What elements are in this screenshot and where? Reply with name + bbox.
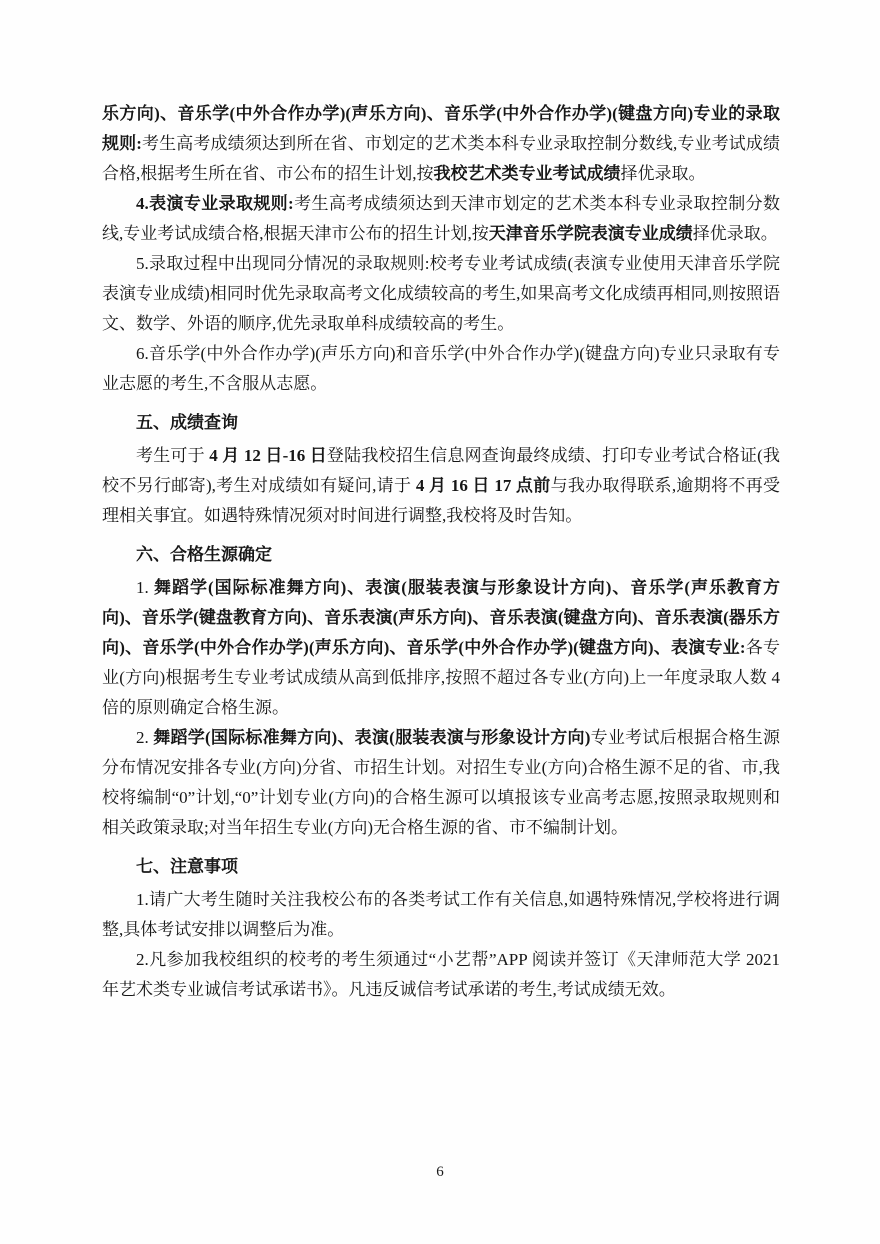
section-heading-notes: 七、注意事项 — [102, 852, 780, 882]
text-run-bold: 4 月 12 日-16 日 — [209, 446, 327, 465]
document-body: 乐方向)、音乐学(中外合作办学)(声乐方向)、音乐学(中外合作办学)(键盘方向)… — [102, 99, 780, 1005]
text-run-bold: 4 月 16 日 17 点前 — [416, 476, 551, 495]
text-run: 6.音乐学(中外合作办学)(声乐方向)和音乐学(中外合作办学)(键盘方向)专业只… — [102, 344, 780, 393]
paragraph-score-inquiry: 考生可于 4 月 12 日-16 日登陆我校招生信息网查询最终成绩、打印专业考试… — [102, 441, 780, 531]
paragraph-admission-rule-5: 5.录取过程中出现同分情况的录取规则:校考专业考试成绩(表演专业使用天津音乐学院… — [102, 249, 780, 339]
text-run-bold: 舞蹈学(国际标准舞方向)、表演(服装表演与形象设计方向) — [153, 728, 590, 747]
text-run-bold: 我校艺术类专业考试成绩 — [434, 164, 621, 183]
paragraph-note-1: 1.请广大考生随时关注我校公布的各类考试工作有关信息,如遇特殊情况,学校将进行调… — [102, 885, 780, 945]
text-run-bold: 4.表演专业录取规则: — [136, 194, 294, 213]
text-run-bold: 舞蹈学(国际标准舞方向)、表演(服装表演与形象设计方向)、音乐学(声乐教育方向)… — [102, 578, 780, 657]
paragraph-qualified-source-2: 2. 舞蹈学(国际标准舞方向)、表演(服装表演与形象设计方向)专业考试后根据合格… — [102, 723, 780, 843]
text-run: 2. — [136, 728, 153, 747]
text-run: 1.请广大考生随时关注我校公布的各类考试工作有关信息,如遇特殊情况,学校将进行调… — [102, 890, 780, 939]
section-heading-qualified-source: 六、合格生源确定 — [102, 540, 780, 570]
paragraph-admission-rule-4: 4.表演专业录取规则:考生高考成绩须达到天津市划定的艺术类本科专业录取控制分数线… — [102, 189, 780, 249]
paragraph-qualified-source-1: 1. 舞蹈学(国际标准舞方向)、表演(服装表演与形象设计方向)、音乐学(声乐教育… — [102, 573, 780, 723]
text-run: 1. — [136, 578, 154, 597]
text-run: 考生可于 — [136, 446, 209, 465]
paragraph-admission-rule-6: 6.音乐学(中外合作办学)(声乐方向)和音乐学(中外合作办学)(键盘方向)专业只… — [102, 339, 780, 399]
section-heading-score-inquiry: 五、成绩查询 — [102, 408, 780, 438]
paragraph-admission-rule-continued: 乐方向)、音乐学(中外合作办学)(声乐方向)、音乐学(中外合作办学)(键盘方向)… — [102, 99, 780, 189]
paragraph-note-2: 2.凡参加我校组织的校考的考生须通过“小艺帮”APP 阅读并签订《天津师范大学 … — [102, 945, 780, 1005]
text-run: 2.凡参加我校组织的校考的考生须通过“小艺帮”APP 阅读并签订《天津师范大学 … — [102, 950, 780, 999]
text-run: 5.录取过程中出现同分情况的录取规则:校考专业考试成绩(表演专业使用天津音乐学院… — [102, 254, 780, 333]
text-run-bold: 天津音乐学院表演专业成绩 — [489, 224, 693, 243]
document-page: 乐方向)、音乐学(中外合作办学)(声乐方向)、音乐学(中外合作办学)(键盘方向)… — [0, 0, 880, 1244]
page-number: 6 — [0, 1161, 880, 1183]
text-run: 择优录取。 — [621, 164, 706, 183]
text-run: 择优录取。 — [693, 224, 778, 243]
